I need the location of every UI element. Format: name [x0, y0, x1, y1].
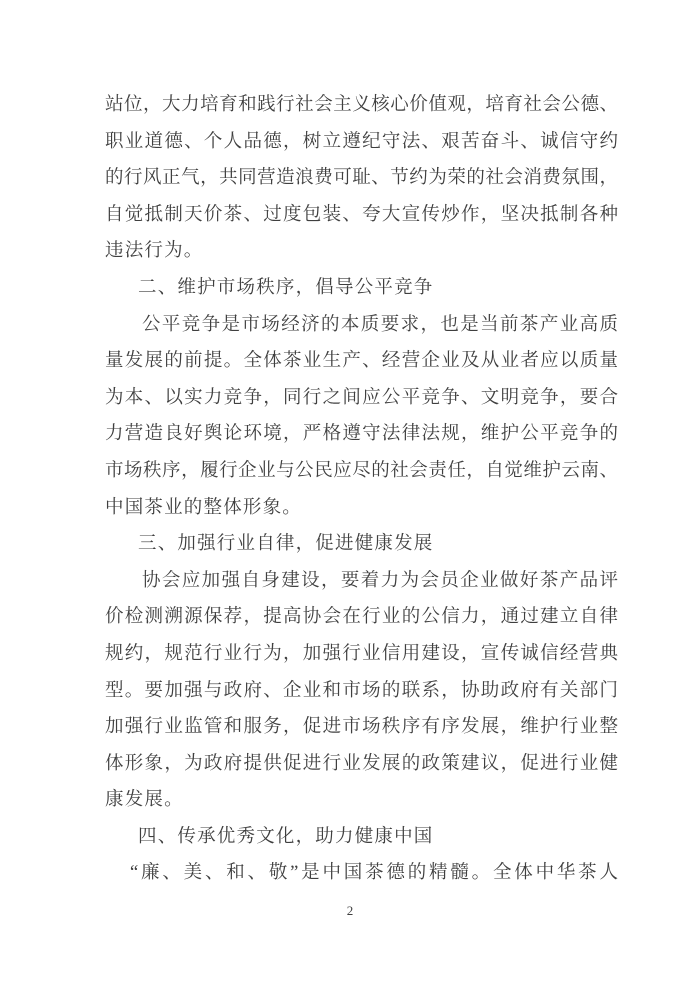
- section-heading: 二、维护市场秩序，倡导公平竞争: [105, 270, 618, 307]
- text-line: 市场秩序，履行企业与公民应尽的社会责任，自觉维护云南、: [105, 453, 618, 490]
- page-number: 2: [0, 902, 700, 920]
- section-heading: 四、传承优秀文化，助力健康中国: [105, 819, 618, 856]
- text-line: 力营造良好舆论环境，严格遵守法律法规，维护公平竞争的: [105, 416, 618, 453]
- text-line: 的行风正气，共同营造浪费可耻、节约为荣的社会消费氛围，: [105, 160, 618, 197]
- text-line: 规约，规范行业行为，加强行业信用建设，宣传诚信经营典: [105, 636, 618, 673]
- text-line: “廉、美、和、敬”是中国茶德的精髓。全体中华茶人: [105, 855, 618, 892]
- text-line: 公平竞争是市场经济的本质要求，也是当前茶产业高质: [105, 307, 618, 344]
- text-line: 康发展。: [105, 782, 618, 819]
- text-line: 中国茶业的整体形象。: [105, 490, 618, 527]
- text-line: 体形象，为政府提供促进行业发展的政策建议，促进行业健: [105, 746, 618, 783]
- text-line: 量发展的前提。全体茶业生产、经营企业及从业者应以质量: [105, 343, 618, 380]
- section-heading: 三、加强行业自律，促进健康发展: [105, 526, 618, 563]
- document-page: 站位，大力培育和践行社会主义核心价值观，培育社会公德、职业道德、个人品德，树立遵…: [0, 0, 700, 990]
- text-line: 型。要加强与政府、企业和市场的联系，协助政府有关部门: [105, 673, 618, 710]
- text-line: 职业道德、个人品德，树立遵纪守法、艰苦奋斗、诚信守约: [105, 124, 618, 161]
- text-line: 站位，大力培育和践行社会主义核心价值观，培育社会公德、: [105, 87, 618, 124]
- text-line: 为本、以实力竞争，同行之间应公平竞争、文明竞争，要合: [105, 380, 618, 417]
- text-line: 加强行业监管和服务，促进市场秩序有序发展，维护行业整: [105, 709, 618, 746]
- text-line: 协会应加强自身建设，要着力为会员企业做好茶产品评: [105, 563, 618, 600]
- document-body: 站位，大力培育和践行社会主义核心价值观，培育社会公德、职业道德、个人品德，树立遵…: [105, 87, 618, 892]
- text-line: 价检测溯源保荐，提高协会在行业的公信力，通过建立自律: [105, 599, 618, 636]
- text-line: 自觉抵制天价茶、过度包装、夸大宣传炒作，坚决抵制各种: [105, 197, 618, 234]
- text-line: 违法行为。: [105, 233, 618, 270]
